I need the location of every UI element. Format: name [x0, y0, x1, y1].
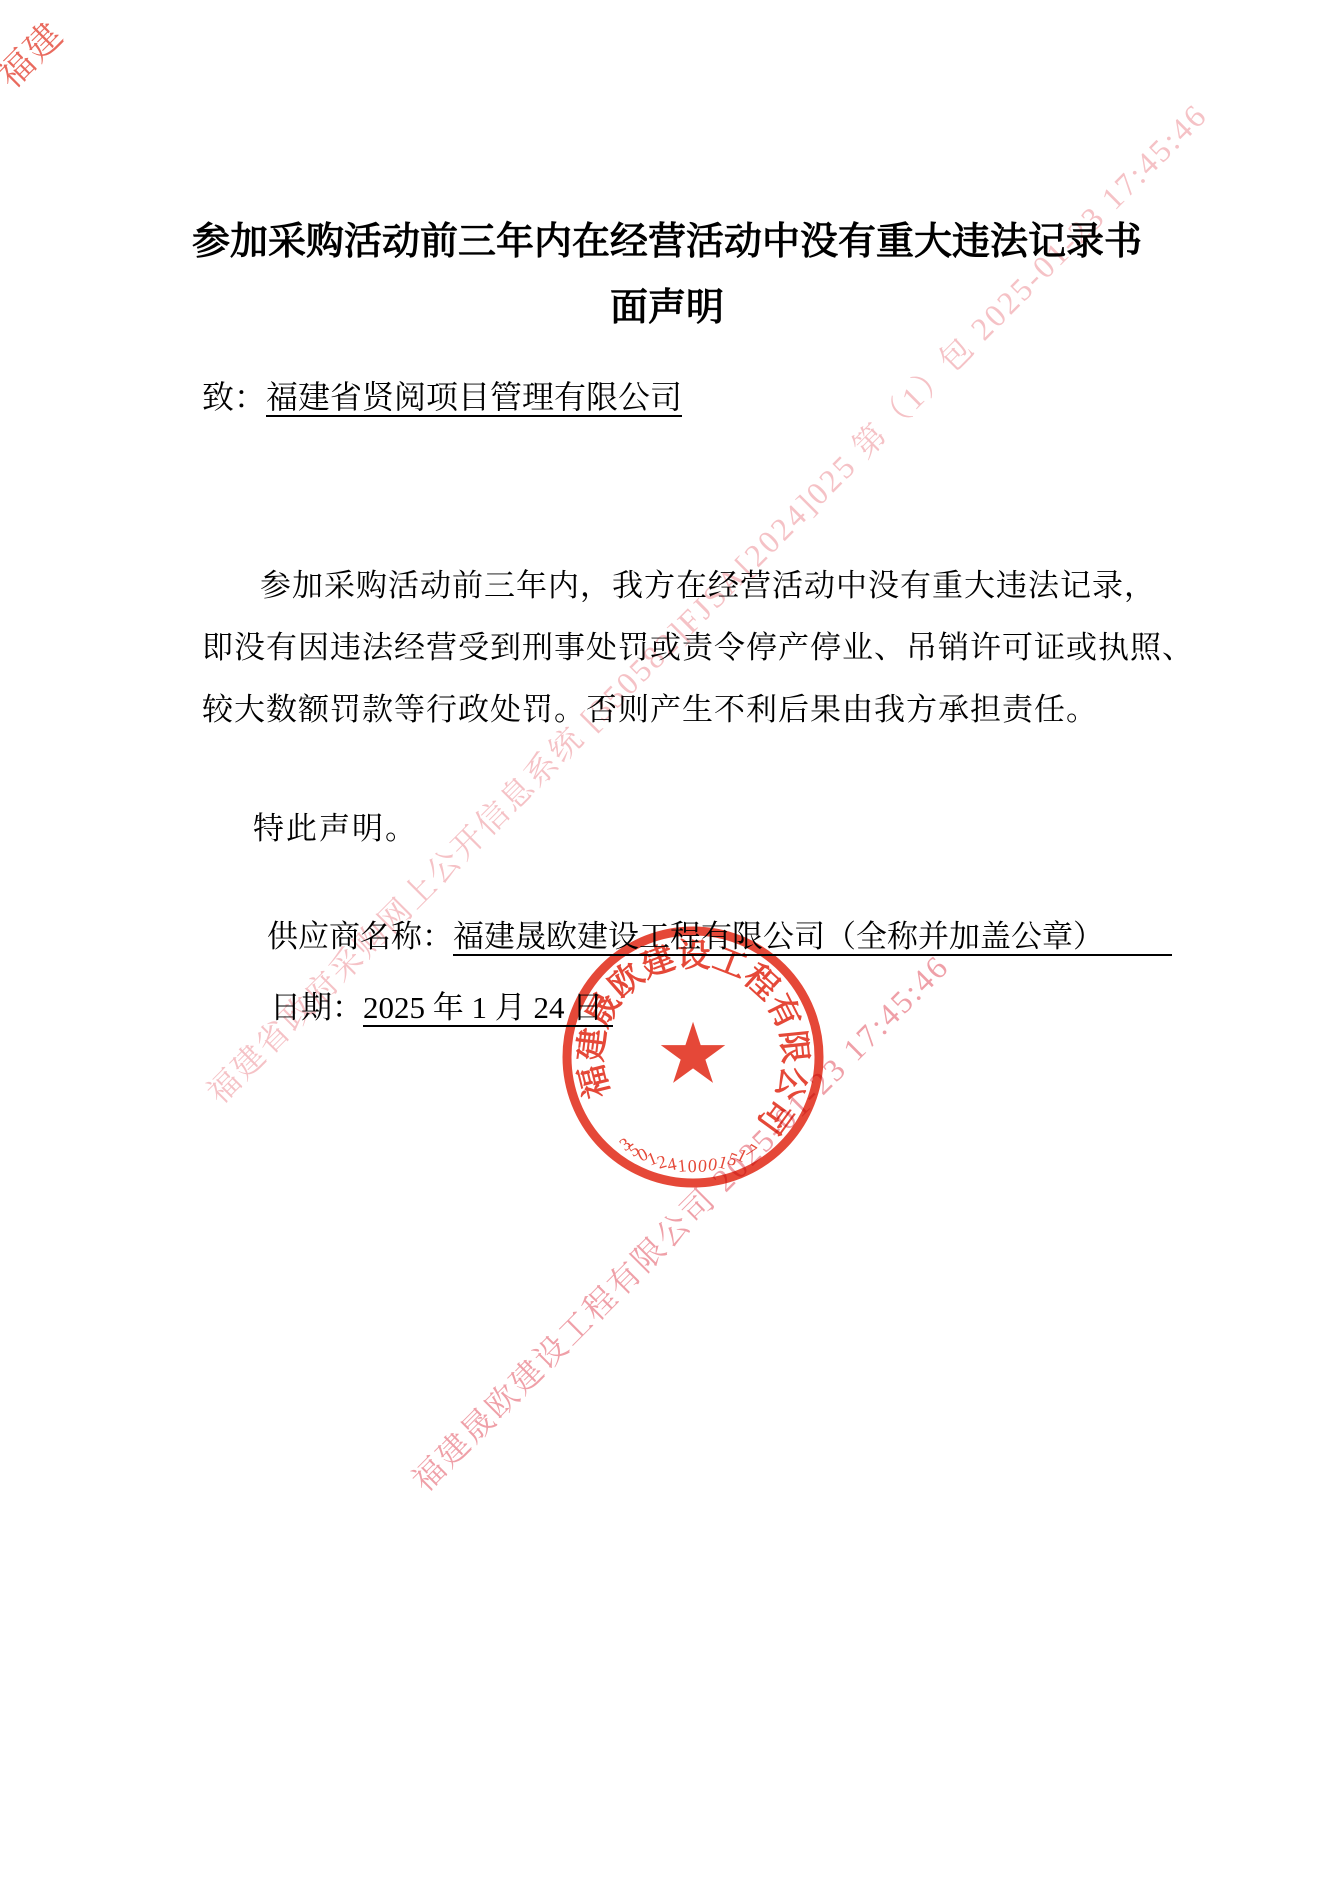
svg-text:★: ★ — [655, 1008, 730, 1101]
supplier-value: 福建晟欧建设工程有限公司（全称并加盖公章） — [453, 919, 1172, 956]
svg-text:0: 0 — [697, 1155, 708, 1176]
document-title-line1: 参加采购活动前三年内在经营活动中没有重大违法记录书 — [192, 210, 1142, 265]
recipient-value: 福建省贤阅项目管理有限公司 — [266, 379, 682, 417]
svg-text:7: 7 — [742, 1140, 760, 1162]
svg-text:0: 0 — [634, 1144, 651, 1166]
svg-text:0: 0 — [688, 1156, 697, 1176]
svg-text:程: 程 — [736, 958, 785, 1008]
date-line: 日期：2025 年 1 月 24 日 — [270, 982, 613, 1027]
svg-text:5: 5 — [624, 1139, 642, 1161]
svg-text:有: 有 — [759, 989, 807, 1035]
svg-text:4: 4 — [665, 1154, 678, 1175]
date-label: 日期： — [270, 990, 363, 1025]
svg-text:1: 1 — [676, 1155, 687, 1176]
document-page: { "title": { "line1": "参加采购活动前三年内在经营活动中没… — [0, 0, 1334, 1887]
supplier-label: 供应商名称： — [267, 919, 453, 954]
svg-text:建: 建 — [572, 1026, 613, 1063]
stamp-graphic: ★福建晟欧建设工程有限公司35012410001517 — [557, 921, 829, 1193]
svg-text:0: 0 — [707, 1154, 719, 1175]
svg-text:公: 公 — [768, 1063, 811, 1104]
svg-text:福: 福 — [573, 1061, 617, 1102]
svg-text:司: 司 — [750, 1092, 799, 1140]
company-stamp: ★福建晟欧建设工程有限公司35012410001517 — [557, 921, 829, 1193]
recipient-line: 致：福建省贤阅项目管理有限公司 — [202, 372, 682, 418]
body-line: 即没有因违法经营受到刑事处罚或责令停产停业、吊销许可证或执照、 — [202, 622, 1194, 667]
svg-text:1: 1 — [734, 1144, 751, 1166]
closing-statement: 特此声明。 — [253, 803, 418, 848]
date-value: 2025 年 1 月 24 日 — [363, 990, 613, 1027]
corner-seal-fragment: 福建 — [0, 8, 74, 98]
document-title-line2: 面声明 — [610, 276, 724, 331]
supplier-name-line: 供应商名称：福建晟欧建设工程有限公司（全称并加盖公章） — [267, 911, 1172, 956]
svg-text:3: 3 — [615, 1133, 634, 1154]
body-line: 参加采购活动前三年内，我方在经营活动中没有重大违法记录， — [202, 560, 1156, 605]
svg-text:1: 1 — [716, 1151, 730, 1173]
svg-text:2: 2 — [655, 1151, 669, 1173]
recipient-label: 致： — [202, 379, 266, 415]
body-line: 较大数额罚款等行政处罚。否则产生不利后果由我方承担责任。 — [202, 684, 1098, 729]
svg-text:限: 限 — [773, 1028, 813, 1065]
svg-text:1: 1 — [644, 1148, 660, 1170]
svg-text:5: 5 — [725, 1148, 740, 1170]
